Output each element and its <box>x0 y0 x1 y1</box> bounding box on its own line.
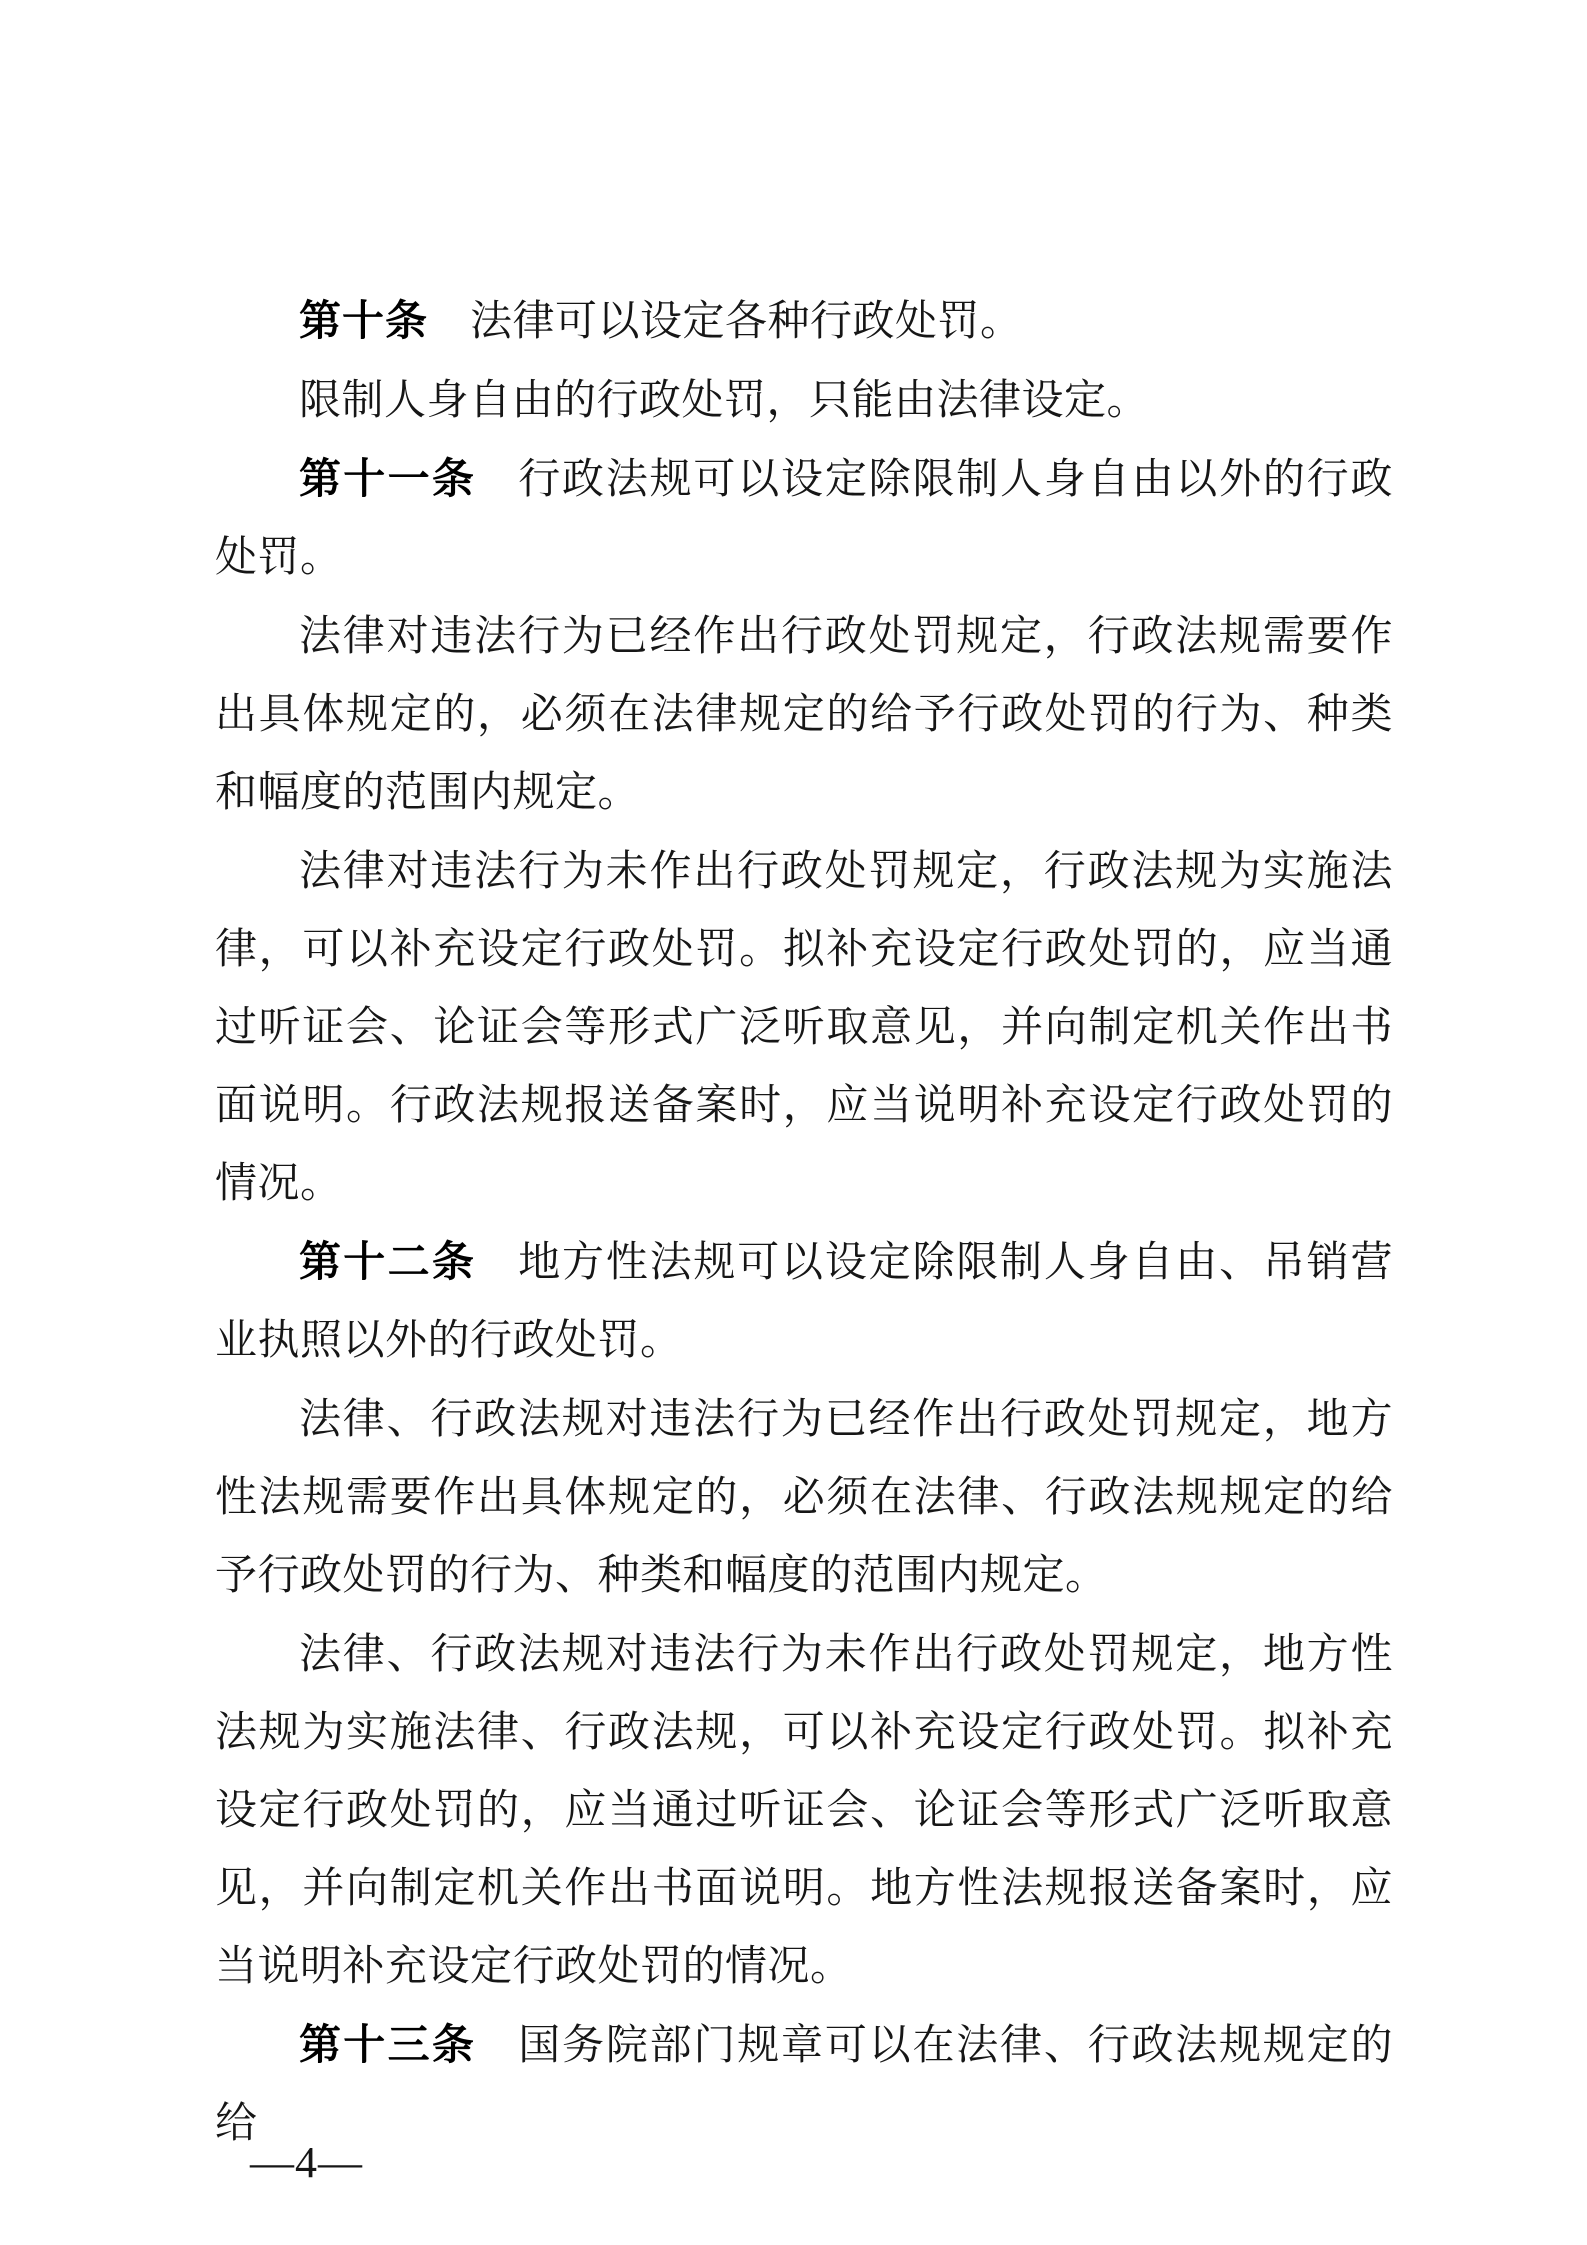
paragraph-text: 限制人身自由的行政处罚，只能由法律设定。 <box>299 378 1149 424</box>
paragraph-text: 法律对违法行为未作出行政处罚规定，行政法规为实施法律，可以补充设定行政处罚。拟补… <box>215 849 1393 1207</box>
paragraph-article-12: 第十二条地方性法规可以设定除限制人身自由、吊销营业执照以外的行政处罚。 <box>215 1223 1393 1380</box>
paragraph-article-11: 第十一条行政法规可以设定除限制人身自由以外的行政处罚。 <box>215 440 1393 597</box>
article-12-number: 第十二条 <box>299 1238 476 1285</box>
paragraph-article-10: 第十条法律可以设定各种行政处罚。 <box>215 282 1393 361</box>
page-number: —4— <box>250 2138 363 2188</box>
article-10-number: 第十条 <box>299 297 428 344</box>
paragraph-text: 法律、行政法规对违法行为已经作出行政处罚规定，地方性法规需要作出具体规定的，必须… <box>215 1397 1393 1599</box>
paragraph-article-12-clause-2: 法律、行政法规对违法行为已经作出行政处罚规定，地方性法规需要作出具体规定的，必须… <box>215 1380 1393 1615</box>
document-page: 第十条法律可以设定各种行政处罚。 限制人身自由的行政处罚，只能由法律设定。 第十… <box>0 0 1587 2245</box>
paragraph-article-12-clause-3: 法律、行政法规对违法行为未作出行政处罚规定，地方性法规为实施法律、行政法规，可以… <box>215 1615 1393 2006</box>
paragraph-article-10-clause-2: 限制人身自由的行政处罚，只能由法律设定。 <box>215 361 1393 440</box>
paragraph-article-13: 第十三条国务院部门规章可以在法律、行政法规规定的给 <box>215 2006 1393 2163</box>
article-13-number: 第十三条 <box>299 2021 476 2068</box>
document-body: 第十条法律可以设定各种行政处罚。 限制人身自由的行政处罚，只能由法律设定。 第十… <box>215 282 1393 2163</box>
article-11-number: 第十一条 <box>299 455 476 502</box>
paragraph-text: 法律对违法行为已经作出行政处罚规定，行政法规需要作出具体规定的，必须在法律规定的… <box>215 614 1393 816</box>
paragraph-text: 法律、行政法规对违法行为未作出行政处罚规定，地方性法规为实施法律、行政法规，可以… <box>215 1632 1393 1990</box>
paragraph-article-11-clause-2: 法律对违法行为已经作出行政处罚规定，行政法规需要作出具体规定的，必须在法律规定的… <box>215 597 1393 832</box>
paragraph-article-11-clause-3: 法律对违法行为未作出行政处罚规定，行政法规为实施法律，可以补充设定行政处罚。拟补… <box>215 832 1393 1223</box>
paragraph-text: 法律可以设定各种行政处罚。 <box>470 299 1023 345</box>
